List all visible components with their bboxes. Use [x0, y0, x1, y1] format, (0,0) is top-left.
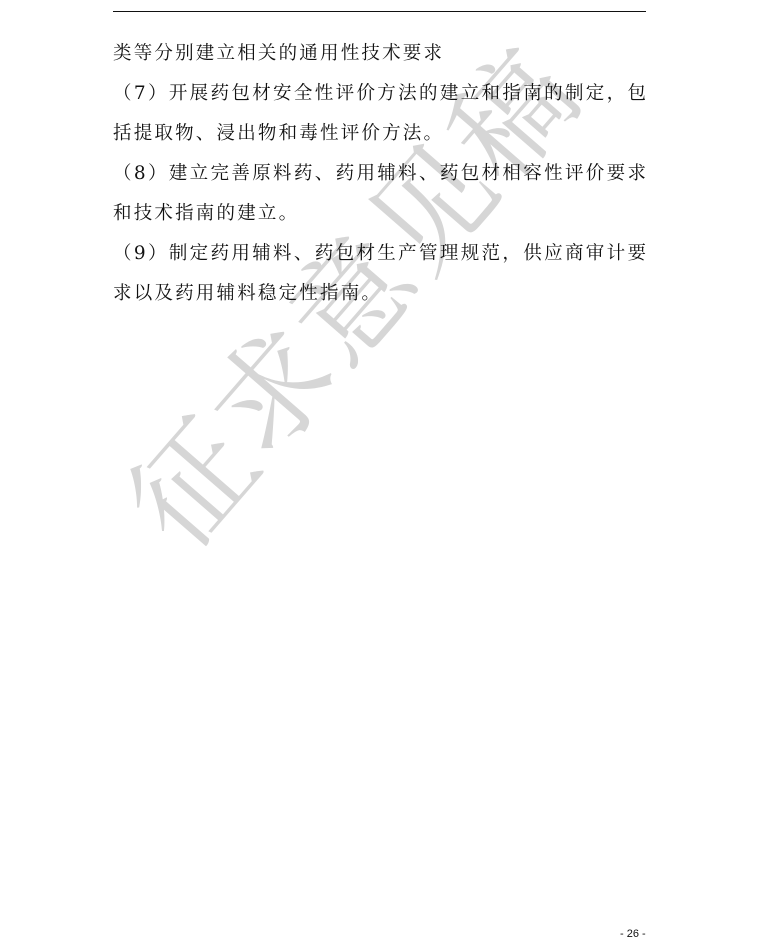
- list-item-8-line-2: 和技术指南的建立。: [113, 194, 646, 234]
- list-item-7-line-2: 括提取物、浸出物和毒性评价方法。: [113, 114, 646, 154]
- document-page: 征求意见稿 类等分别建立相关的通用性技术要求 （7）开展药包材安全性评价方法的建…: [0, 0, 759, 952]
- body-text: 类等分别建立相关的通用性技术要求 （7）开展药包材安全性评价方法的建立和指南的制…: [113, 34, 646, 314]
- list-item-8-line-1: （8）建立完善原料药、药用辅料、药包材相容性评价要求: [113, 154, 646, 194]
- page-number: - 26 -: [620, 928, 646, 940]
- paragraph-line: 类等分别建立相关的通用性技术要求: [113, 34, 646, 74]
- list-item-9-line-1: （9）制定药用辅料、药包材生产管理规范，供应商审计要: [113, 234, 646, 274]
- header-rule: [113, 11, 646, 12]
- list-item-7-line-1: （7）开展药包材安全性评价方法的建立和指南的制定，包: [113, 74, 646, 114]
- list-item-9-line-2: 求以及药用辅料稳定性指南。: [113, 274, 646, 314]
